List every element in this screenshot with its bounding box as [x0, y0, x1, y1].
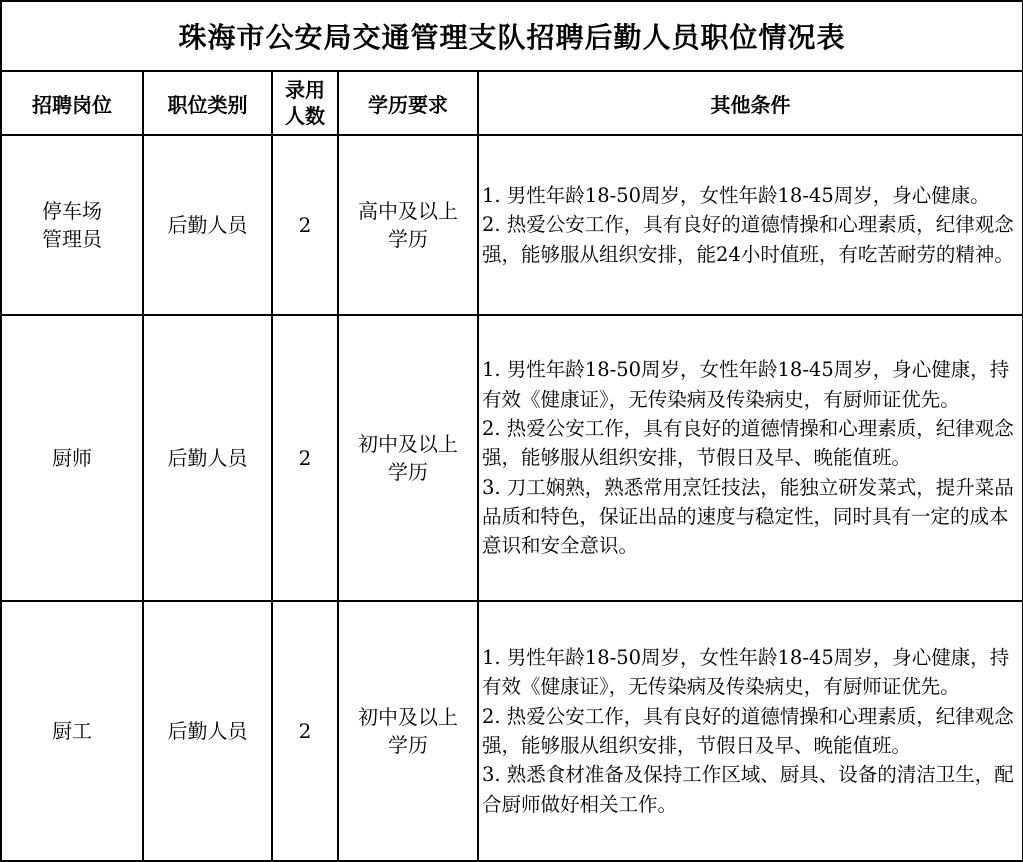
- category-cell: 后勤人员: [143, 601, 272, 861]
- header-education: 学历要求: [338, 71, 478, 135]
- education-line1: 初中及以上: [339, 430, 477, 458]
- condition-item: 2. 热爱公安工作，具有良好的道德情操和心理素质，纪律观念强，能够服从组织安排，…: [482, 702, 1020, 761]
- header-row: 招聘岗位 职位类别 录用 人数 学历要求 其他条件: [1, 71, 1023, 135]
- condition-item: 2. 热爱公安工作，具有良好的道德情操和心理素质，纪律观念强，能够服从组织安排，…: [482, 414, 1020, 473]
- table-row: 停车场 管理员 后勤人员 2 高中及以上 学历 1. 男性年龄18-50周岁，女…: [1, 135, 1023, 315]
- conditions-cell: 1. 男性年龄18-50周岁，女性年龄18-45周岁，身心健康。 2. 热爱公安…: [478, 135, 1023, 315]
- header-position: 招聘岗位: [1, 71, 143, 135]
- header-other: 其他条件: [478, 71, 1023, 135]
- condition-item: 1. 男性年龄18-50周岁，女性年龄18-45周岁，身心健康。: [482, 181, 1020, 210]
- position-line1: 停车场: [2, 197, 142, 225]
- header-count-line2: 人数: [273, 103, 337, 129]
- education-line1: 高中及以上: [339, 197, 477, 225]
- condition-item: 3. 熟悉食材准备及保持工作区域、厨具、设备的清洁卫生，配合厨师做好相关工作。: [482, 760, 1020, 819]
- education-line2: 学历: [339, 225, 477, 253]
- education-cell: 高中及以上 学历: [338, 135, 478, 315]
- count-cell: 2: [272, 315, 338, 601]
- condition-item: 1. 男性年龄18-50周岁，女性年龄18-45周岁，身心健康，持有效《健康证》…: [482, 355, 1020, 414]
- education-cell: 初中及以上 学历: [338, 315, 478, 601]
- category-cell: 后勤人员: [143, 315, 272, 601]
- position-line1: 厨师: [2, 444, 142, 472]
- education-cell: 初中及以上 学历: [338, 601, 478, 861]
- table-row: 厨工 后勤人员 2 初中及以上 学历 1. 男性年龄18-50周岁，女性年龄18…: [1, 601, 1023, 861]
- header-count-line1: 录用: [273, 77, 337, 103]
- position-line1: 厨工: [2, 717, 142, 745]
- table-title: 珠海市公安局交通管理支队招聘后勤人员职位情况表: [1, 1, 1023, 71]
- header-category: 职位类别: [143, 71, 272, 135]
- education-line2: 学历: [339, 458, 477, 486]
- position-line2: 管理员: [2, 225, 142, 253]
- recruitment-table: 珠海市公安局交通管理支队招聘后勤人员职位情况表 招聘岗位 职位类别 录用 人数 …: [0, 0, 1023, 862]
- category-cell: 后勤人员: [143, 135, 272, 315]
- education-line1: 初中及以上: [339, 703, 477, 731]
- count-cell: 2: [272, 135, 338, 315]
- condition-item: 1. 男性年龄18-50周岁，女性年龄18-45周岁，身心健康，持有效《健康证》…: [482, 643, 1020, 702]
- conditions-cell: 1. 男性年龄18-50周岁，女性年龄18-45周岁，身心健康，持有效《健康证》…: [478, 315, 1023, 601]
- count-cell: 2: [272, 601, 338, 861]
- condition-item: 2. 热爱公安工作，具有良好的道德情操和心理素质，纪律观念强，能够服从组织安排，…: [482, 210, 1020, 269]
- header-count: 录用 人数: [272, 71, 338, 135]
- education-line2: 学历: [339, 731, 477, 759]
- position-cell: 厨师: [1, 315, 143, 601]
- position-cell: 停车场 管理员: [1, 135, 143, 315]
- position-cell: 厨工: [1, 601, 143, 861]
- table-row: 厨师 后勤人员 2 初中及以上 学历 1. 男性年龄18-50周岁，女性年龄18…: [1, 315, 1023, 601]
- conditions-cell: 1. 男性年龄18-50周岁，女性年龄18-45周岁，身心健康，持有效《健康证》…: [478, 601, 1023, 861]
- condition-item: 3. 刀工娴熟，熟悉常用烹饪技法，能独立研发菜式，提升菜品品质和特色，保证出品的…: [482, 473, 1020, 561]
